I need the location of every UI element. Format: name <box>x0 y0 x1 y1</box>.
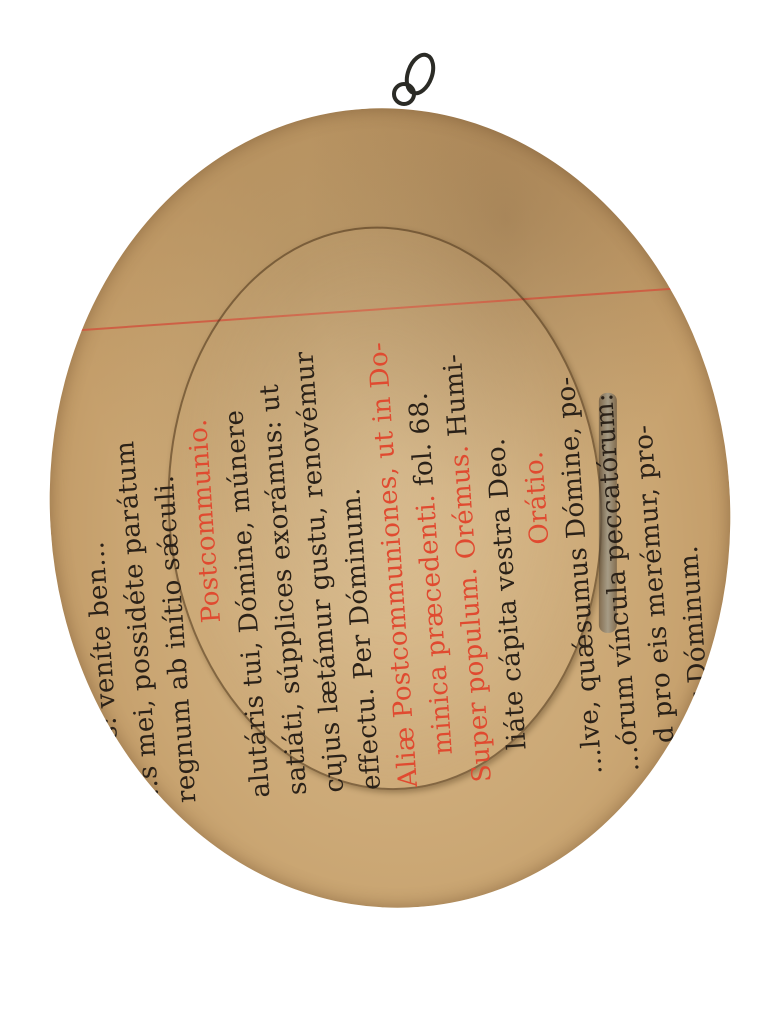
text-fragment: fol. 68. <box>404 391 441 495</box>
oval-frame-back: …ctus: veníte ben… …s mei, possidéte par… <box>23 85 757 930</box>
liturgical-text: …ctus: veníte ben… …s mei, possidéte par… <box>57 207 724 810</box>
text-fragment: Humi- <box>438 353 474 446</box>
hanging-ring-icon <box>386 52 438 112</box>
